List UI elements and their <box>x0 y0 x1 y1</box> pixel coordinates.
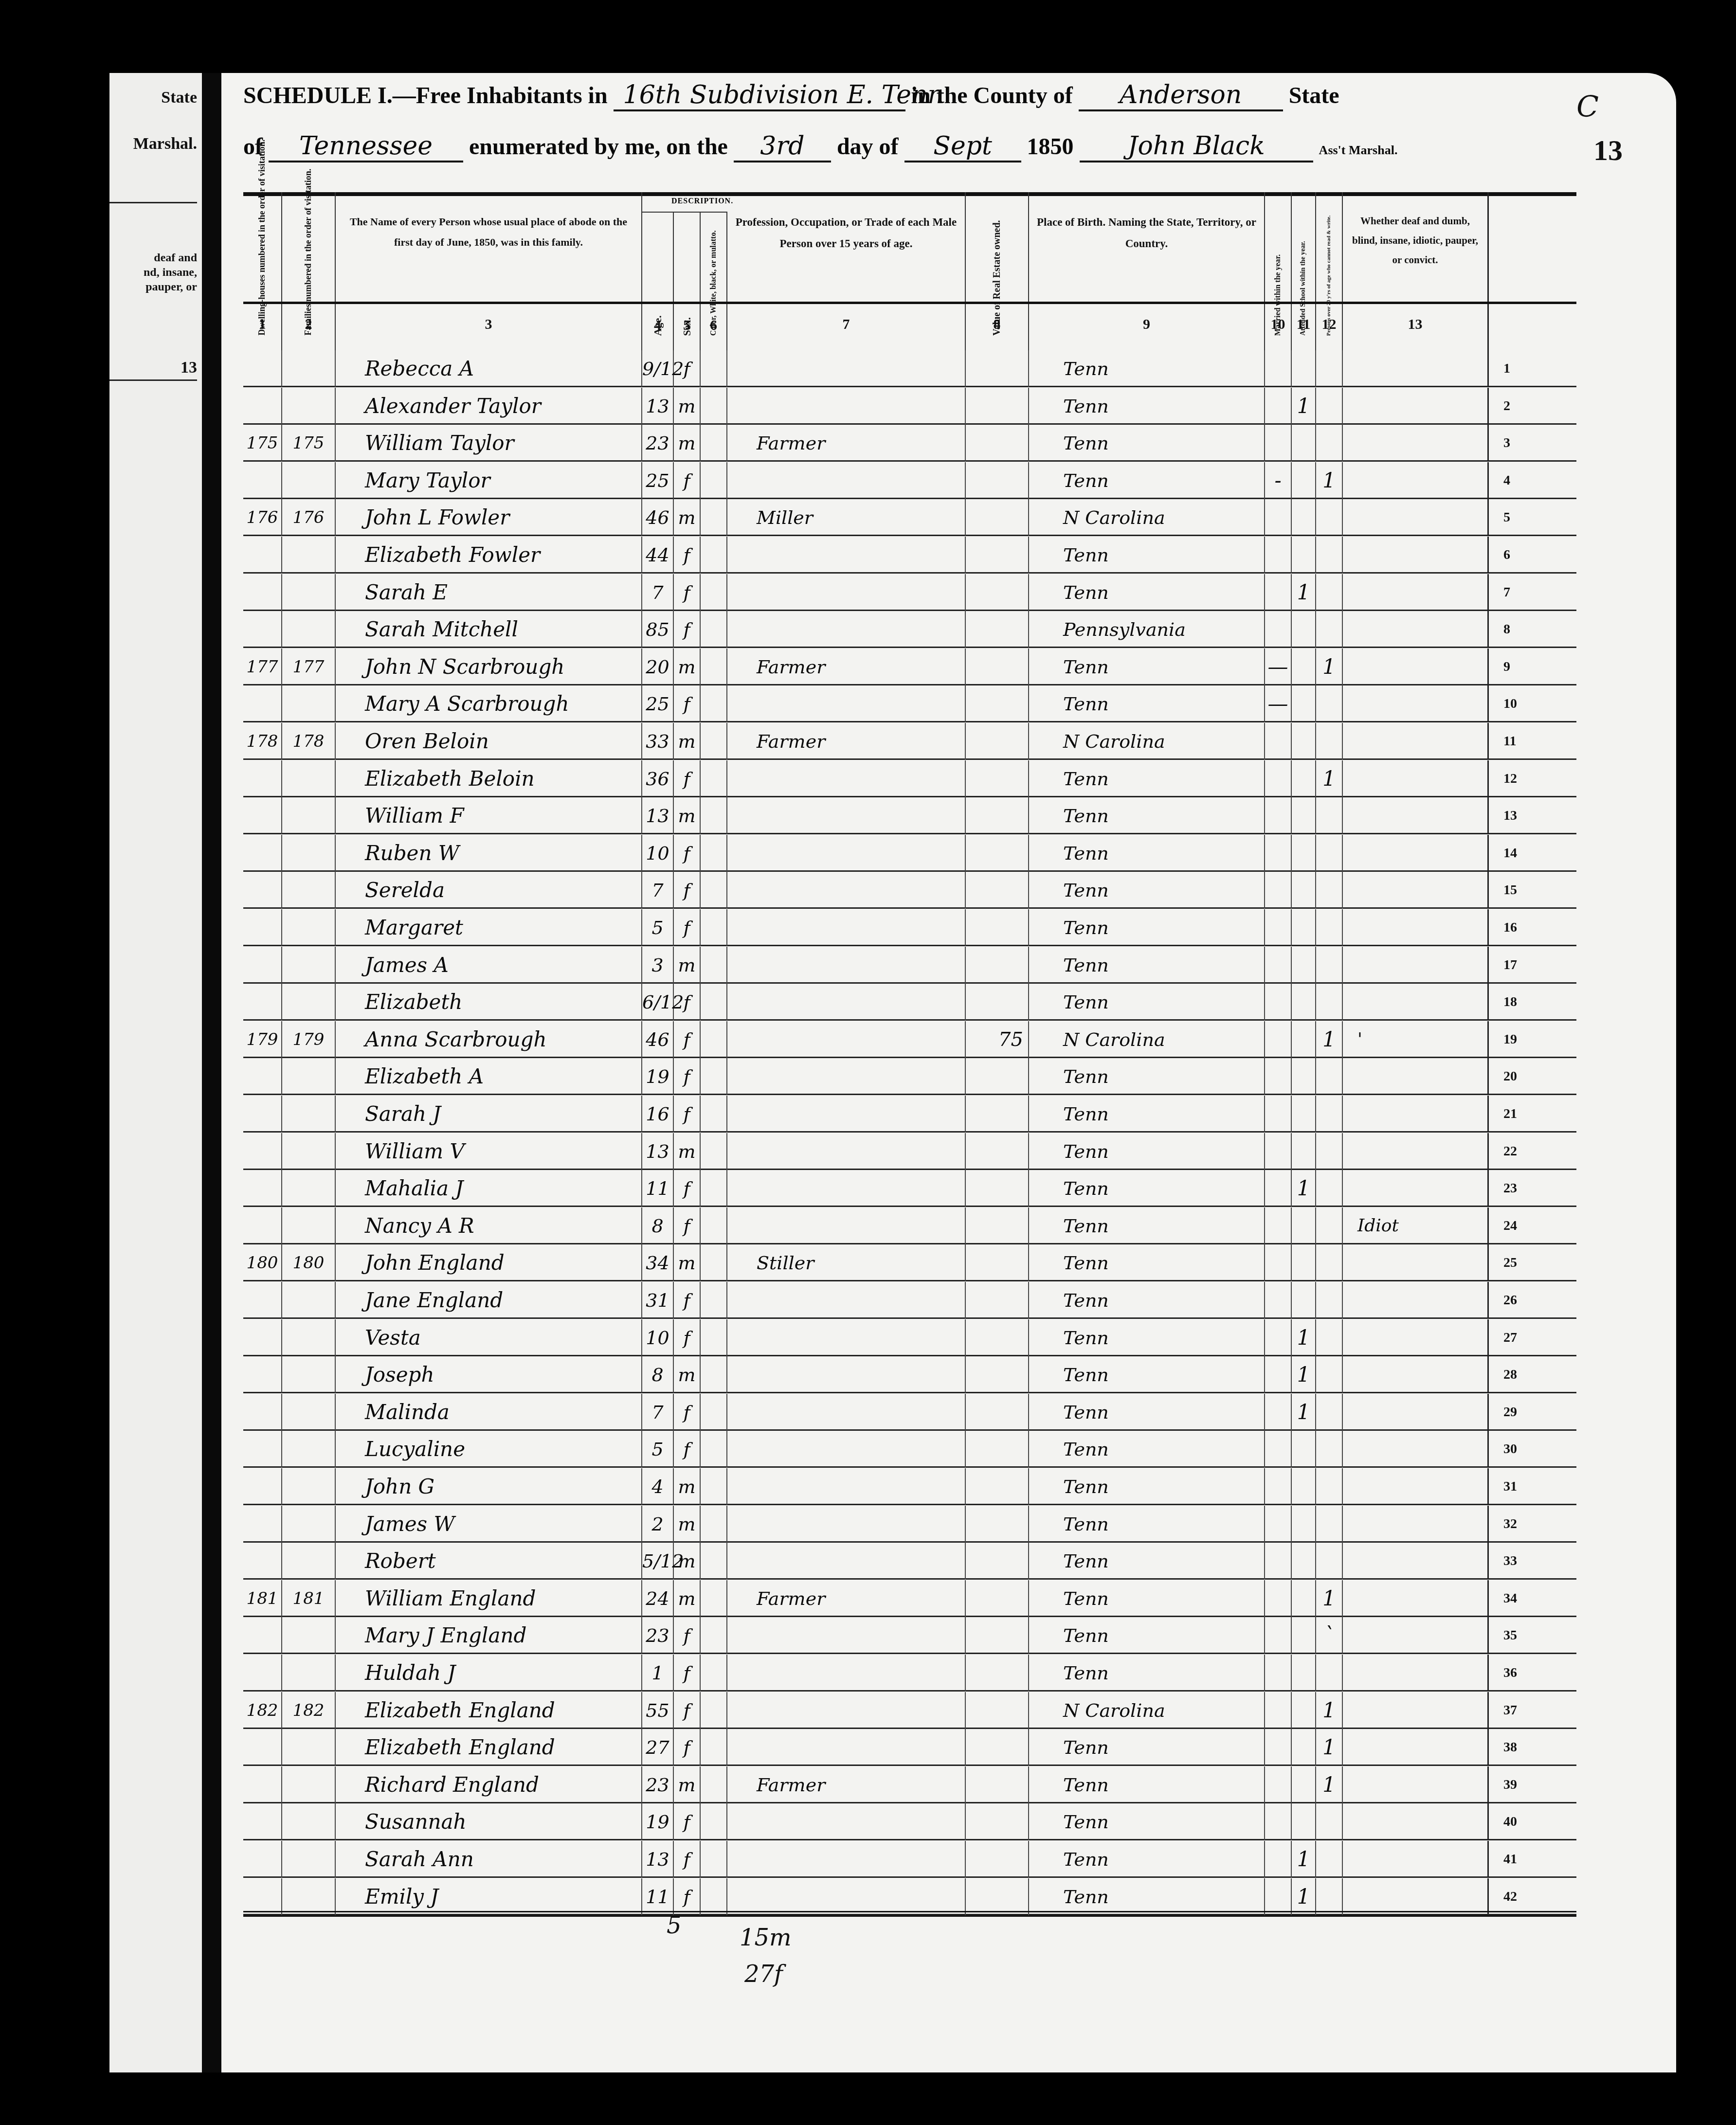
color-cell <box>701 1096 727 1133</box>
real-estate-value-cell <box>966 1058 1029 1095</box>
family-number-cell: 176 <box>282 499 336 536</box>
dwelling-number-cell <box>243 1096 282 1133</box>
real-estate-value-cell <box>966 1244 1029 1281</box>
dwelling-number-cell <box>243 1506 282 1543</box>
place-of-birth-cell: Tenn <box>1029 947 1265 984</box>
infirmity-cell <box>1343 1617 1489 1654</box>
enumerated-label: enumerated by me, on the <box>469 134 728 160</box>
attended-school-cell <box>1292 1506 1316 1543</box>
table-row: 175175William Taylor23mFarmerTenn3 <box>243 425 1576 462</box>
table-row: Mary Taylor25fTenn-14 <box>243 462 1576 499</box>
marshal-name-field: John Black <box>1080 131 1313 162</box>
infirmity-cell <box>1343 1431 1489 1468</box>
table-row: James W2mTenn32 <box>243 1506 1576 1543</box>
cannot-read-write-cell <box>1316 797 1343 834</box>
dwelling-number-cell <box>243 835 282 872</box>
family-number-cell <box>282 537 336 574</box>
cannot-read-write-cell <box>1316 1431 1343 1468</box>
occupation-cell <box>727 1803 966 1840</box>
person-name-cell: John L Fowler <box>336 499 642 536</box>
table-row: Vesta10fTenn127 <box>243 1319 1576 1356</box>
attended-school-cell <box>1292 1766 1316 1803</box>
married-within-year-cell: — <box>1265 685 1292 722</box>
age-cell: 33 <box>642 723 674 760</box>
occupation-cell <box>727 1319 966 1356</box>
sex-cell: f <box>674 537 701 574</box>
occupation-cell <box>727 1282 966 1319</box>
dwelling-number-cell <box>243 537 282 574</box>
color-cell <box>701 1431 727 1468</box>
infirmity-cell <box>1343 872 1489 909</box>
cannot-read-write-cell: 1 <box>1316 760 1343 797</box>
cannot-read-write-cell: 1 <box>1316 1021 1343 1058</box>
month-field: Sept <box>904 131 1021 162</box>
person-name-cell: Vesta <box>336 1319 642 1356</box>
person-name-cell: Mary Taylor <box>336 462 642 499</box>
family-number-cell <box>282 350 336 387</box>
schedule-header-line-2: of Tennessee enumerated by me, on the 3r… <box>243 131 1397 162</box>
line-number: 32 <box>1503 1506 1517 1543</box>
place-of-birth-cell: Tenn <box>1029 574 1265 611</box>
cannot-read-write-cell <box>1316 984 1343 1021</box>
place-of-birth-cell: N Carolina <box>1029 1021 1265 1058</box>
color-cell <box>701 1133 727 1170</box>
married-within-year-cell <box>1265 574 1292 611</box>
line-number: 18 <box>1503 984 1517 1021</box>
family-number-cell: 179 <box>282 1021 336 1058</box>
dwelling-number-cell: 175 <box>243 425 282 462</box>
col-header-real-estate: Value of Real Estate owned. 8 <box>966 192 1029 350</box>
occupation-cell <box>727 1356 966 1393</box>
infirmity-cell <box>1343 760 1489 797</box>
line-number: 39 <box>1503 1766 1517 1803</box>
sex-cell: f <box>674 984 701 1021</box>
family-number-cell <box>282 1096 336 1133</box>
line-number: 15 <box>1503 872 1517 909</box>
table-row: Elizabeth Fowler44fTenn6 <box>243 537 1576 574</box>
line-number: 26 <box>1503 1282 1517 1319</box>
married-within-year-cell <box>1265 1356 1292 1393</box>
place-of-birth-cell: Tenn <box>1029 1506 1265 1543</box>
infirmity-cell: ' <box>1343 1021 1489 1058</box>
color-cell <box>701 1394 727 1431</box>
family-number-cell <box>282 909 336 946</box>
attended-school-cell <box>1292 1580 1316 1617</box>
infirmity-cell: Idiot <box>1343 1207 1489 1244</box>
real-estate-value-cell <box>966 1729 1029 1766</box>
real-estate-value-cell <box>966 388 1029 425</box>
infirmity-cell <box>1343 1878 1489 1915</box>
family-number-cell <box>282 984 336 1021</box>
dwelling-number-cell <box>243 947 282 984</box>
color-cell <box>701 1803 727 1840</box>
table-row: Sarah J16fTenn21 <box>243 1096 1576 1133</box>
person-name-cell: Elizabeth England <box>336 1729 642 1766</box>
occupation-cell <box>727 872 966 909</box>
sex-cell: f <box>674 350 701 387</box>
place-of-birth-cell: Pennsylvania <box>1029 611 1265 648</box>
color-cell <box>701 1729 727 1766</box>
sex-cell: f <box>674 1729 701 1766</box>
married-within-year-cell <box>1265 1207 1292 1244</box>
person-name-cell: Mary A Scarbrough <box>336 685 642 722</box>
col-header-married: Married within the year. 10 <box>1265 192 1292 350</box>
person-name-cell: Nancy A R <box>336 1207 642 1244</box>
infirmity-cell <box>1343 1506 1489 1543</box>
attended-school-cell <box>1292 872 1316 909</box>
married-within-year-cell <box>1265 499 1292 536</box>
line-number: 3 <box>1503 425 1510 462</box>
infirmity-cell <box>1343 425 1489 462</box>
dwelling-number-cell: 178 <box>243 723 282 760</box>
infirmity-cell <box>1343 947 1489 984</box>
line-number: 9 <box>1503 648 1510 685</box>
real-estate-value-cell <box>966 1133 1029 1170</box>
family-number-cell: 178 <box>282 723 336 760</box>
age-cell: 7 <box>642 1394 674 1431</box>
occupation-cell <box>727 685 966 722</box>
age-cell: 36 <box>642 760 674 797</box>
table-row: Nancy A R8fTennIdiot24 <box>243 1207 1576 1244</box>
infirmity-cell <box>1343 1394 1489 1431</box>
color-cell <box>701 425 727 462</box>
cannot-read-write-cell <box>1316 685 1343 722</box>
table-row: Richard England23mFarmerTenn139 <box>243 1766 1576 1803</box>
real-estate-value-cell <box>966 1282 1029 1319</box>
family-number-cell <box>282 1319 336 1356</box>
table-row: 181181William England24mFarmerTenn134 <box>243 1580 1576 1617</box>
place-of-birth-cell: Tenn <box>1029 835 1265 872</box>
sex-cell: f <box>674 760 701 797</box>
real-estate-value-cell <box>966 1170 1029 1207</box>
age-cell: 55 <box>642 1692 674 1729</box>
attended-school-cell <box>1292 685 1316 722</box>
place-of-birth-cell: Tenn <box>1029 1655 1265 1692</box>
dwelling-number-cell <box>243 1394 282 1431</box>
family-number-cell <box>282 1841 336 1878</box>
married-within-year-cell <box>1265 835 1292 872</box>
cannot-read-write-cell <box>1316 1803 1343 1840</box>
attended-school-cell <box>1292 909 1316 946</box>
occupation-cell <box>727 1729 966 1766</box>
prev-page-marshal-label: Marshal. <box>133 134 197 155</box>
line-number: 20 <box>1503 1058 1517 1095</box>
dwelling-number-cell <box>243 574 282 611</box>
line-number: 22 <box>1503 1133 1517 1170</box>
color-cell <box>701 1841 727 1878</box>
family-number-cell <box>282 1506 336 1543</box>
line-number: 7 <box>1503 574 1510 611</box>
family-number-cell <box>282 1282 336 1319</box>
attended-school-cell <box>1292 462 1316 499</box>
person-name-cell: Margaret <box>336 909 642 946</box>
attended-school-cell <box>1292 984 1316 1021</box>
age-cell: 13 <box>642 388 674 425</box>
sex-cell: f <box>674 1282 701 1319</box>
dwelling-number-cell <box>243 1803 282 1840</box>
occupation-cell <box>727 1692 966 1729</box>
person-name-cell: Malinda <box>336 1394 642 1431</box>
family-number-cell <box>282 1617 336 1654</box>
age-cell: 10 <box>642 1319 674 1356</box>
dwelling-number-cell <box>243 1356 282 1393</box>
dwelling-number-cell <box>243 1543 282 1580</box>
col-header-sex: Sex. 5 <box>674 212 701 350</box>
col-header-school: Attended School within the year. 11 <box>1292 192 1316 350</box>
sex-cell: m <box>674 1766 701 1803</box>
sex-cell: f <box>674 611 701 648</box>
occupation-cell <box>727 1394 966 1431</box>
attended-school-cell: 1 <box>1292 1878 1316 1915</box>
attended-school-cell <box>1292 611 1316 648</box>
real-estate-value-cell <box>966 947 1029 984</box>
family-number-cell <box>282 1543 336 1580</box>
family-number-cell <box>282 1356 336 1393</box>
sex-cell: m <box>674 388 701 425</box>
married-within-year-cell <box>1265 425 1292 462</box>
age-cell: 46 <box>642 499 674 536</box>
col-header-age: Age. 4 <box>642 212 674 350</box>
family-number-cell <box>282 1655 336 1692</box>
married-within-year-cell <box>1265 1058 1292 1095</box>
cannot-read-write-cell <box>1316 537 1343 574</box>
col-header-birthplace: Place of Birth. Naming the State, Territ… <box>1029 192 1265 350</box>
real-estate-value-cell <box>966 1356 1029 1393</box>
color-cell <box>701 1766 727 1803</box>
sex-cell: f <box>674 835 701 872</box>
attended-school-cell <box>1292 1282 1316 1319</box>
line-number: 10 <box>1503 685 1517 722</box>
attended-school-cell: 1 <box>1292 1394 1316 1431</box>
header-bottom-rule <box>243 302 1576 304</box>
place-of-birth-cell: Tenn <box>1029 1468 1265 1505</box>
married-within-year-cell <box>1265 1319 1292 1356</box>
place-of-birth-cell: Tenn <box>1029 1170 1265 1207</box>
cannot-read-write-cell <box>1316 611 1343 648</box>
sex-cell: f <box>674 1655 701 1692</box>
attended-school-cell <box>1292 425 1316 462</box>
prev-page-rule <box>109 379 197 381</box>
line-number: 31 <box>1503 1468 1517 1505</box>
family-number-cell: 181 <box>282 1580 336 1617</box>
cannot-read-write-cell <box>1316 1319 1343 1356</box>
place-of-birth-cell: Tenn <box>1029 1096 1265 1133</box>
person-name-cell: Sarah E <box>336 574 642 611</box>
line-number: 8 <box>1503 611 1510 648</box>
person-name-cell: Oren Beloin <box>336 723 642 760</box>
age-cell: 9/12 <box>642 350 674 387</box>
cannot-read-write-cell <box>1316 425 1343 462</box>
infirmity-cell <box>1343 1803 1489 1840</box>
infirmity-cell <box>1343 462 1489 499</box>
person-name-cell: Elizabeth England <box>336 1692 642 1729</box>
real-estate-value-cell <box>966 1543 1029 1580</box>
real-estate-value-cell <box>966 499 1029 536</box>
dwelling-number-cell: 182 <box>243 1692 282 1729</box>
color-cell <box>701 1244 727 1281</box>
person-name-cell: John N Scarbrough <box>336 648 642 685</box>
place-of-birth-cell: Tenn <box>1029 1617 1265 1654</box>
occupation-cell: Farmer <box>727 648 966 685</box>
person-name-cell: Rebecca A <box>336 350 642 387</box>
dwelling-number-cell <box>243 872 282 909</box>
table-row: Mary J England23fTenn`35 <box>243 1617 1576 1654</box>
sex-cell: m <box>674 648 701 685</box>
table-row: Rebecca A9/12fTenn1 <box>243 350 1576 387</box>
infirmity-cell <box>1343 1058 1489 1095</box>
person-name-cell: Sarah J <box>336 1096 642 1133</box>
real-estate-value-cell <box>966 537 1029 574</box>
schedule-title: SCHEDULE I.—Free Inhabitants in <box>243 83 608 108</box>
family-number-cell <box>282 1431 336 1468</box>
color-cell <box>701 1170 727 1207</box>
dwelling-number-cell <box>243 1729 282 1766</box>
age-cell: 8 <box>642 1207 674 1244</box>
real-estate-value-cell <box>966 1655 1029 1692</box>
table-row: Mary A Scarbrough25fTenn—10 <box>243 685 1576 722</box>
age-cell: 46 <box>642 1021 674 1058</box>
age-cell: 19 <box>642 1803 674 1840</box>
person-name-cell: Robert <box>336 1543 642 1580</box>
married-within-year-cell <box>1265 1580 1292 1617</box>
table-row: 176176John L Fowler46mMillerN Carolina5 <box>243 499 1576 536</box>
dwelling-number-cell: 177 <box>243 648 282 685</box>
person-name-cell: Richard England <box>336 1766 642 1803</box>
infirmity-cell <box>1343 1282 1489 1319</box>
attended-school-cell <box>1292 1244 1316 1281</box>
place-of-birth-cell: N Carolina <box>1029 1692 1265 1729</box>
person-name-cell: Sarah Ann <box>336 1841 642 1878</box>
married-within-year-cell <box>1265 1431 1292 1468</box>
line-number: 33 <box>1503 1543 1517 1580</box>
family-number-cell: 182 <box>282 1692 336 1729</box>
place-of-birth-cell: Tenn <box>1029 462 1265 499</box>
family-number-cell <box>282 1394 336 1431</box>
dwelling-number-cell <box>243 462 282 499</box>
real-estate-value-cell <box>966 1692 1029 1729</box>
sex-cell: m <box>674 947 701 984</box>
place-of-birth-cell: Tenn <box>1029 1058 1265 1095</box>
dwelling-number-cell <box>243 388 282 425</box>
person-name-cell: John G <box>336 1468 642 1505</box>
cannot-read-write-cell <box>1316 835 1343 872</box>
age-cell: 1 <box>642 1655 674 1692</box>
sex-cell: f <box>674 685 701 722</box>
color-cell <box>701 797 727 834</box>
attended-school-cell <box>1292 760 1316 797</box>
married-within-year-cell <box>1265 1096 1292 1133</box>
dwelling-tally: 5 <box>667 1912 682 1939</box>
occupation-cell <box>727 1655 966 1692</box>
cannot-read-write-cell <box>1316 872 1343 909</box>
color-cell <box>701 1543 727 1580</box>
cannot-read-write-cell <box>1316 1096 1343 1133</box>
color-cell <box>701 537 727 574</box>
occupation-cell <box>727 1468 966 1505</box>
age-cell: 23 <box>642 1617 674 1654</box>
family-number-cell: 175 <box>282 425 336 462</box>
person-name-cell: Lucyaline <box>336 1431 642 1468</box>
married-within-year-cell <box>1265 1655 1292 1692</box>
place-of-birth-cell: Tenn <box>1029 1543 1265 1580</box>
family-number-cell <box>282 574 336 611</box>
col-header-infirmity: Whether deaf and dumb, blind, insane, id… <box>1343 192 1489 350</box>
attended-school-cell <box>1292 1021 1316 1058</box>
cannot-read-write-cell <box>1316 574 1343 611</box>
table-row: William V13mTenn22 <box>243 1133 1576 1170</box>
occupation-cell: Farmer <box>727 723 966 760</box>
line-number: 38 <box>1503 1729 1517 1766</box>
cannot-read-write-cell: 1 <box>1316 1729 1343 1766</box>
line-number: 19 <box>1503 1021 1517 1058</box>
place-of-birth-cell: Tenn <box>1029 1431 1265 1468</box>
real-estate-value-cell <box>966 1431 1029 1468</box>
sex-cell: f <box>674 462 701 499</box>
age-cell: 25 <box>642 685 674 722</box>
occupation-cell <box>727 537 966 574</box>
married-within-year-cell <box>1265 1617 1292 1654</box>
infirmity-cell <box>1343 388 1489 425</box>
infirmity-cell <box>1343 909 1489 946</box>
real-estate-value-cell <box>966 872 1029 909</box>
year-label: 1850 <box>1027 134 1074 160</box>
person-name-cell: William Taylor <box>336 425 642 462</box>
color-cell <box>701 1282 727 1319</box>
infirmity-cell <box>1343 835 1489 872</box>
dwelling-number-cell <box>243 685 282 722</box>
married-within-year-cell <box>1265 1244 1292 1281</box>
sex-cell: m <box>674 1133 701 1170</box>
person-name-cell: James A <box>336 947 642 984</box>
occupation-cell <box>727 388 966 425</box>
married-within-year-cell <box>1265 1729 1292 1766</box>
cannot-read-write-cell <box>1316 1207 1343 1244</box>
attended-school-cell <box>1292 1133 1316 1170</box>
attended-school-cell <box>1292 1655 1316 1692</box>
real-estate-value-cell <box>966 574 1029 611</box>
place-of-birth-cell: Tenn <box>1029 760 1265 797</box>
real-estate-value-cell <box>966 797 1029 834</box>
sex-cell: f <box>674 574 701 611</box>
table-row: 178178Oren Beloin33mFarmerN Carolina11 <box>243 723 1576 760</box>
dwelling-number-cell: 181 <box>243 1580 282 1617</box>
real-estate-value-cell <box>966 350 1029 387</box>
married-within-year-cell <box>1265 1506 1292 1543</box>
attended-school-cell <box>1292 797 1316 834</box>
family-number-cell <box>282 1058 336 1095</box>
place-of-birth-cell: Tenn <box>1029 648 1265 685</box>
married-within-year-cell <box>1265 909 1292 946</box>
place-of-birth-cell: Tenn <box>1029 909 1265 946</box>
married-within-year-cell <box>1265 1692 1292 1729</box>
infirmity-cell <box>1343 499 1489 536</box>
attended-school-cell <box>1292 1692 1316 1729</box>
color-cell <box>701 835 727 872</box>
age-cell: 20 <box>642 648 674 685</box>
real-estate-value-cell <box>966 648 1029 685</box>
attended-school-cell <box>1292 1803 1316 1840</box>
real-estate-value-cell <box>966 723 1029 760</box>
page-bottom-rule <box>243 1911 1576 1917</box>
place-of-birth-cell: Tenn <box>1029 685 1265 722</box>
line-number: 35 <box>1503 1617 1517 1654</box>
infirmity-cell <box>1343 611 1489 648</box>
married-within-year-cell <box>1265 1170 1292 1207</box>
occupation-cell <box>727 1096 966 1133</box>
table-row: Serelda7fTenn15 <box>243 872 1576 909</box>
dwelling-number-cell <box>243 797 282 834</box>
cannot-read-write-cell <box>1316 1244 1343 1281</box>
